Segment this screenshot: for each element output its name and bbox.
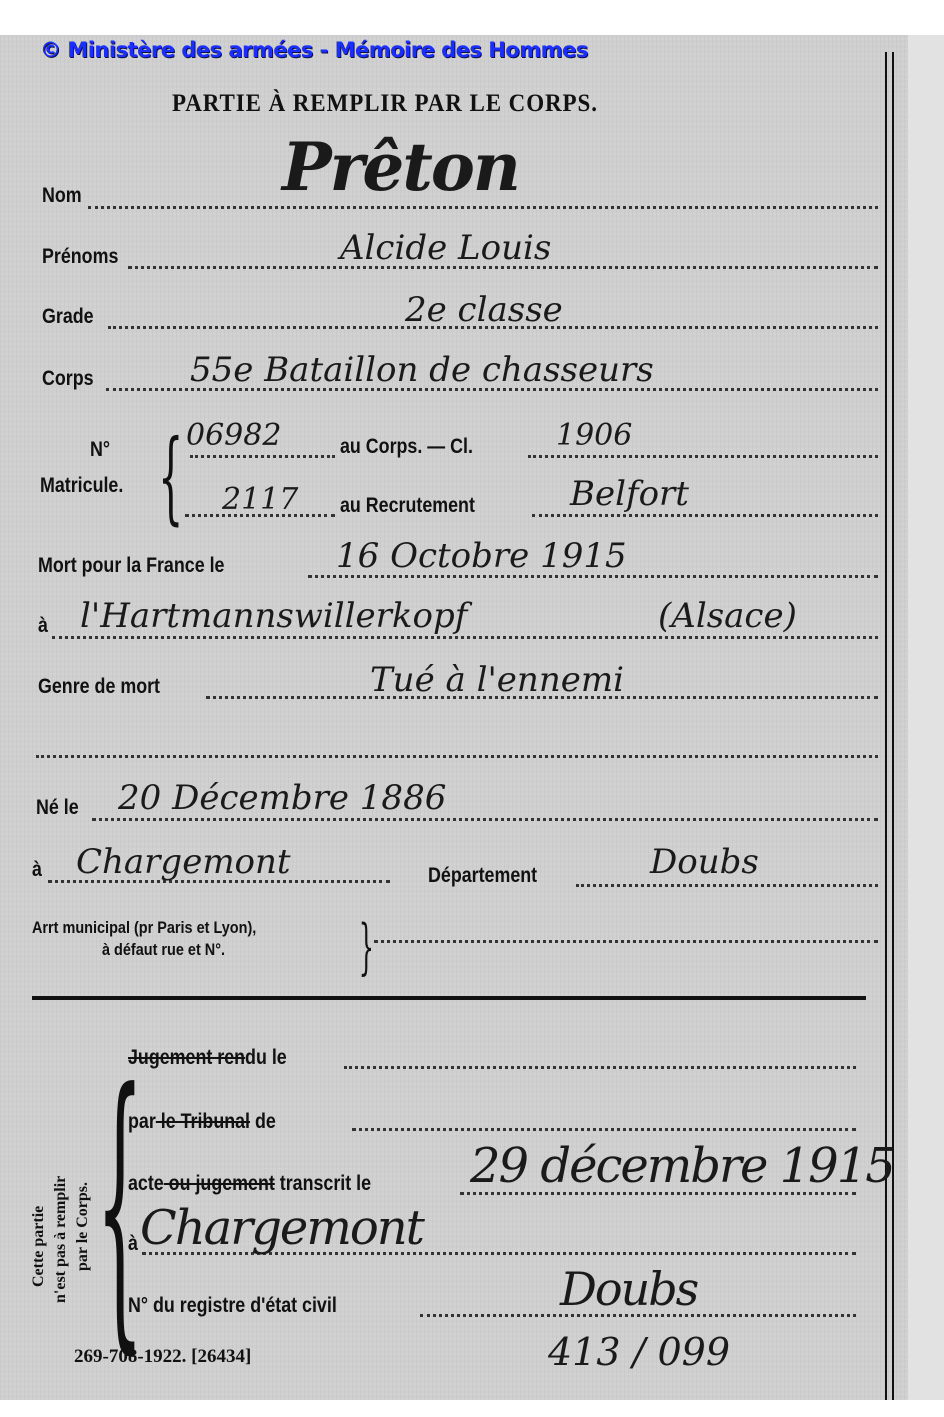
extra-dotted-line [36,755,878,758]
corps-number-dotted-line [190,455,335,458]
page-margin [908,35,944,1400]
registre-value: Doubs [560,1262,697,1316]
arrondissement-dotted-line [374,940,878,943]
transcrit-lieu-label: à [128,1232,138,1256]
section-divider [32,996,866,1000]
arrondissement-label-line1: Arrt municipal (pr Paris et Lyon), [32,918,256,938]
transcrit-value: 29 décembre 1915 [470,1138,894,1194]
arrondissement-label-line2: à défaut rue et N°. [102,940,225,960]
corps-label: Corps [42,367,94,391]
arrondissement-brace: { [359,912,374,982]
grade-label: Grade [42,305,94,329]
transcrit-label: acte ou jugement transcrit le [128,1172,371,1196]
recrutement-label: au Recrutement [340,494,475,518]
form-title: PARTIE À REMPLIR PAR LE CORPS. [172,90,598,118]
departement-dotted-line [576,884,878,887]
recrutement-value: Belfort [570,474,689,514]
side-note-line2: n'est pas à remplir [52,1176,70,1303]
nom-label: Nom [42,184,82,208]
lieu-mort-label: à [38,614,48,638]
lieu-mort-dotted-line [52,636,878,639]
side-note-line3: par le Corps. [74,1182,92,1271]
corps-value: 55e Bataillon de chasseurs [190,350,654,390]
copyright-watermark: © Ministère des armées - Mémoire des Hom… [40,38,588,62]
mort-label: Mort pour la France le [38,554,224,578]
prenoms-value: Alcide Louis [340,228,551,268]
grade-value: 2e classe [405,290,563,330]
classe-value: 1906 [556,418,632,453]
matricule-brace: { [158,418,183,535]
ne-le-dotted-line [92,818,878,821]
print-code: 269-708-1922. [26434] [74,1346,251,1368]
departement-value: Doubs [650,842,759,882]
jugement-label: Jugement rendu le [128,1046,287,1070]
prenoms-label: Prénoms [42,245,118,269]
lower-section-brace: { [96,1030,144,1379]
lieu-mort-value: l'Hartmannswillerkopf [80,596,467,636]
genre-mort-label: Genre de mort [38,675,160,699]
recrutement-dotted-line [532,514,878,517]
ne-le-value: 20 Décembre 1886 [118,778,446,818]
matricule-label-no: N° [90,438,110,462]
lieu-naissance-value: Chargemont [76,842,291,882]
nom-dotted-line [88,206,878,209]
corps-classe-label: au Corps. — Cl. [340,435,473,459]
genre-mort-value: Tué à l'ennemi [370,660,624,700]
departement-label: Département [428,864,537,888]
ne-le-label: Né le [36,796,79,820]
margin-line-right [892,52,894,1400]
margin-line-left [885,52,887,1400]
recrutement-number-value: 2117 [222,482,298,517]
nom-value: Prêton [282,128,519,206]
classe-dotted-line [528,455,878,458]
transcrit-lieu-value: Chargemont [140,1200,423,1256]
mort-value: 16 Octobre 1915 [336,536,627,576]
side-note-line1: Cette partie [30,1206,48,1287]
lieu-mort-region: (Alsace) [658,596,797,636]
registry-annotation: 413 / 099 [548,1330,730,1374]
tribunal-label: par le Tribunal de [128,1110,276,1134]
registre-label: N° du registre d'état civil [128,1294,337,1318]
corps-number-value: 06982 [186,418,281,453]
tribunal-dotted-line [352,1128,856,1131]
lieu-naissance-label: à [32,858,42,882]
matricule-label: Matricule. [40,474,123,498]
jugement-dotted-line [344,1066,856,1069]
